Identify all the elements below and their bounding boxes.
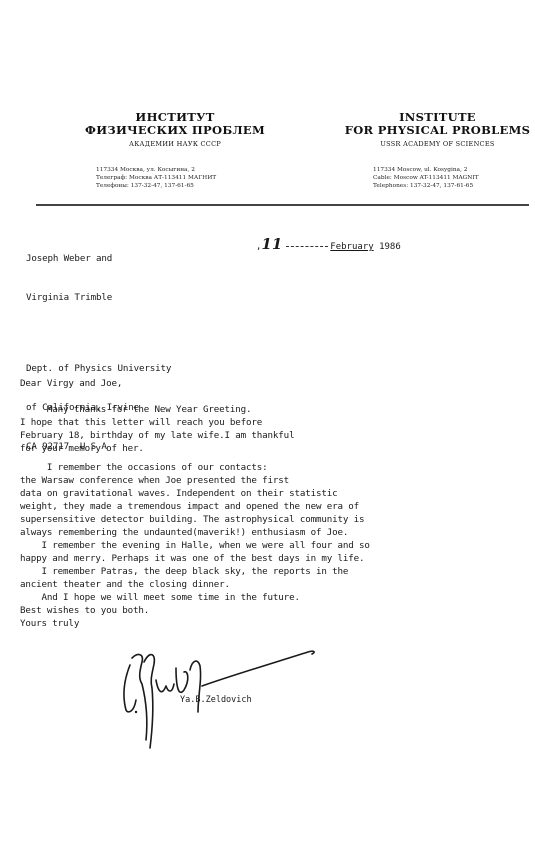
letterhead-divider bbox=[36, 204, 529, 206]
date-blank-line bbox=[286, 246, 328, 247]
body-line: I hope that this letter will reach you b… bbox=[20, 416, 370, 429]
address-line: Telephones: 137-32-47, 137-61-65 bbox=[373, 182, 479, 190]
body-line: the Warsaw conference when Joe presented… bbox=[20, 474, 370, 487]
letterhead-en-subtitle: USSR ACADEMY OF SCIENCES bbox=[340, 140, 535, 148]
recipient-address-line: Dept. of Physics University bbox=[26, 362, 171, 375]
address-line: Cable: Moscow AT-113411 MAGNIT bbox=[373, 174, 479, 182]
body-line: February 18, birthday of my late wife.I … bbox=[20, 429, 370, 442]
address-line: 117334 Москва, ул. Косыгина, 2 bbox=[96, 166, 216, 174]
letterhead-ru-subtitle: АКАДЕМИИ НАУК СССР bbox=[60, 140, 290, 148]
letterhead-en-title-2: FOR PHYSICAL PROBLEMS bbox=[340, 124, 535, 137]
body-line: Yours truly bbox=[20, 617, 370, 630]
letter-body: Many thanks for the New Year Greeting.I … bbox=[20, 403, 370, 630]
letter-date: ,11February 1986 bbox=[256, 235, 401, 253]
recipient-name: Joseph Weber and bbox=[26, 252, 171, 265]
address-line: Телефоны: 137-32-47, 137-61-65 bbox=[96, 182, 216, 190]
salutation: Dear Virgy and Joe, bbox=[20, 377, 122, 390]
body-line: I remember the evening in Halle, when we… bbox=[20, 539, 370, 552]
body-line: data on gravitational waves. Independent… bbox=[20, 487, 370, 500]
address-line: 117334 Moscow, ul. Kosygina, 2 bbox=[373, 166, 479, 174]
body-line: always remembering the undaunted(maverik… bbox=[20, 526, 370, 539]
body-line: weight, they made a tremendous impact an… bbox=[20, 500, 370, 513]
recipient-name: Virginia Trimble bbox=[26, 291, 171, 304]
letterhead-russian: ИНСТИТУТ ФИЗИЧЕСКИХ ПРОБЛЕМ АКАДЕМИИ НАУ… bbox=[60, 111, 290, 148]
letterhead-english: INSTITUTE FOR PHYSICAL PROBLEMS USSR ACA… bbox=[340, 111, 535, 148]
body-line: Best wishes to you both. bbox=[20, 604, 370, 617]
date-month: February bbox=[330, 242, 373, 252]
date-day: 11 bbox=[261, 235, 282, 253]
typed-signature-name: Ya.B.Zeldovich bbox=[180, 695, 252, 705]
body-line: for your memory of her. bbox=[20, 442, 370, 455]
body-line: happy and merry. Perhaps it was one of t… bbox=[20, 552, 370, 565]
letterhead-ru-title-2: ФИЗИЧЕСКИХ ПРОБЛЕМ bbox=[60, 124, 290, 137]
address-line: Телеграф: Москва АТ-113411 МАГНИТ bbox=[96, 174, 216, 182]
date-year: 1986 bbox=[379, 242, 401, 252]
body-line: I remember Patras, the deep black sky, t… bbox=[20, 565, 370, 578]
letterhead-en-address: 117334 Moscow, ul. Kosygina, 2 Cable: Mo… bbox=[373, 166, 479, 190]
body-line: ancient theater and the closing dinner. bbox=[20, 578, 370, 591]
body-line: supersensitive detector building. The as… bbox=[20, 513, 370, 526]
letterhead-ru-address: 117334 Москва, ул. Косыгина, 2 Телеграф:… bbox=[96, 166, 216, 190]
body-line: I remember the occasions of our contacts… bbox=[20, 461, 370, 474]
body-line: Many thanks for the New Year Greeting. bbox=[20, 403, 370, 416]
body-line: And I hope we will meet some time in the… bbox=[20, 591, 370, 604]
